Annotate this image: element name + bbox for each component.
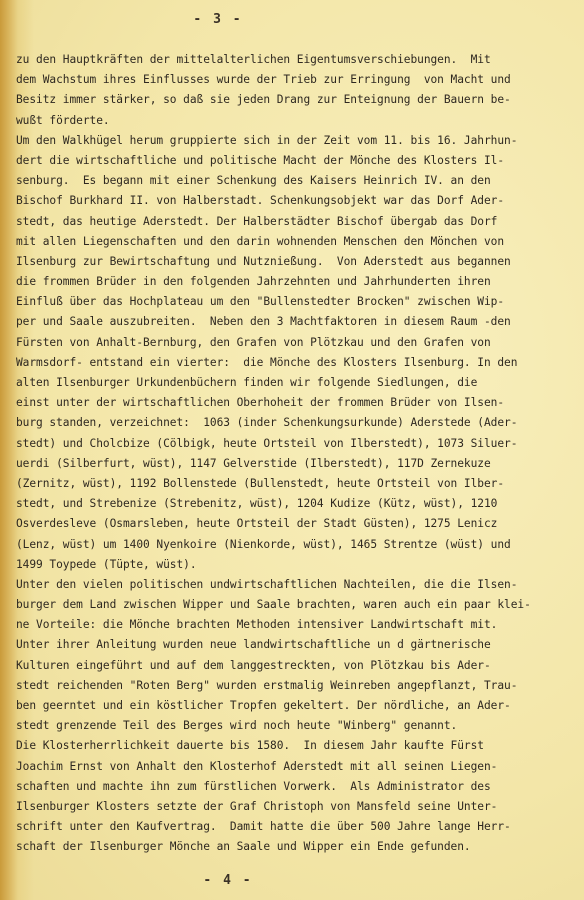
text-line: ne Vorteile: die Mönche brachten Methode… (16, 615, 576, 635)
text-line: Um den Walkhügel herum gruppierte sich i… (16, 131, 576, 151)
page-number-bottom: - 4 - (0, 873, 520, 888)
text-line: schaften und machte ihn zum fürstlichen … (16, 777, 576, 797)
body-text: zu den Hauptkräften der mittelalterliche… (16, 50, 576, 858)
text-line: 1499 Toypede (Tüpte, wüst). (16, 555, 576, 575)
text-line: alten Ilsenburger Urkundenbüchern finden… (16, 373, 576, 393)
text-line: schaft der Ilsenburger Mönche an Saale u… (16, 837, 576, 857)
text-line: einst unter der wirtschaftlichen Oberhoh… (16, 393, 576, 413)
text-line: Einfluß über das Hochplateau um den "Bul… (16, 292, 576, 312)
text-line: (Lenz, wüst) um 1400 Nyenkoire (Nienkord… (16, 535, 576, 555)
text-line: Fürsten von Anhalt-Bernburg, den Grafen … (16, 333, 576, 353)
text-line: stedt reichenden "Roten Berg" wurden ers… (16, 676, 576, 696)
text-line: Die Klosterherrlichkeit dauerte bis 1580… (16, 736, 576, 756)
text-line: Joachim Ernst von Anhalt den Klosterhof … (16, 757, 576, 777)
text-line: Warmsdorf- entstand ein vierter: die Mön… (16, 353, 576, 373)
text-line: stedt, das heutige Aderstedt. Der Halber… (16, 212, 576, 232)
text-line: mit allen Liegenschaften und den darin w… (16, 232, 576, 252)
text-line: Unter ihrer Anleitung wurden neue landwi… (16, 635, 576, 655)
text-line: Osverdesleve (Osmarsleben, heute Ortstei… (16, 514, 576, 534)
text-line: Bischof Burkhard II. von Halberstadt. Sc… (16, 191, 576, 211)
typewritten-page: - 3 - zu den Hauptkräften der mittelalte… (0, 0, 584, 900)
text-line: dem Wachstum ihres Einflusses wurde der … (16, 70, 576, 90)
text-line: Unter den vielen politischen undwirtscha… (16, 575, 576, 595)
text-line: Besitz immer stärker, so daß sie jeden D… (16, 90, 576, 110)
text-line: burger dem Land zwischen Wipper und Saal… (16, 595, 576, 615)
text-line: Ilsenburg zur Bewirtschaftung und Nutzni… (16, 252, 576, 272)
page-number-top: - 3 - (0, 12, 510, 27)
text-line: stedt grenzende Teil des Berges wird noc… (16, 716, 576, 736)
text-line: (Zernitz, wüst), 1192 Bollenstede (Bulle… (16, 474, 576, 494)
text-line: zu den Hauptkräften der mittelalterliche… (16, 50, 576, 70)
text-line: dert die wirtschaftliche und politische … (16, 151, 576, 171)
text-line: stedt, und Strebenize (Strebenitz, wüst)… (16, 494, 576, 514)
text-line: uerdi (Silberfurt, wüst), 1147 Gelversti… (16, 454, 576, 474)
text-line: senburg. Es begann mit einer Schenkung d… (16, 171, 576, 191)
text-line: per und Saale auszubreiten. Neben den 3 … (16, 312, 576, 332)
text-line: ben geerntet und ein köstlicher Tropfen … (16, 696, 576, 716)
text-line: die frommen Brüder in den folgenden Jahr… (16, 272, 576, 292)
text-line: schrift unter den Kaufvertrag. Damit hat… (16, 817, 576, 837)
text-line: Kulturen eingeführt und auf dem langgest… (16, 656, 576, 676)
text-line: Ilsenburger Klosters setzte der Graf Chr… (16, 797, 576, 817)
text-line: burg standen, verzeichnet: 1063 (inder S… (16, 413, 576, 433)
text-line: stedt) und Cholcbize (Cölbigk, heute Ort… (16, 434, 576, 454)
text-line: wußt förderte. (16, 111, 576, 131)
